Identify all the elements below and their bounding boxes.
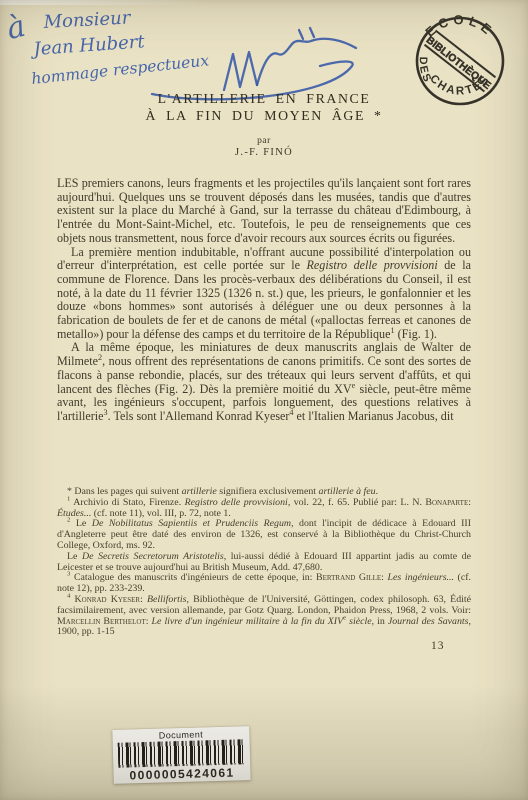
byline-par: par <box>0 136 528 146</box>
paragraph: 2 Le De Nobilitatus Sapientiis et Pruden… <box>57 519 471 551</box>
footnotes: * Dans les pages qui suivent artillerie … <box>57 487 471 638</box>
dedication-line-monsieur: Monsieur <box>42 7 132 33</box>
paragraph: A la même époque, les miniatures de deux… <box>57 341 471 423</box>
barcode-number: 0000005424061 <box>113 765 250 783</box>
paragraph: 3 Catalogue des manuscrits d'ingénieurs … <box>57 573 471 595</box>
dedication-word-a: à <box>3 9 29 47</box>
stamp-arc-top: ECOLE <box>422 12 497 40</box>
paragraph: LES premiers canons, leurs fragments et … <box>57 177 471 246</box>
article-title: L'ARTILLERIE EN FRANCE À LA FIN DU MOYEN… <box>0 90 528 124</box>
title-line-2: À LA FIN DU MOYEN ÂGE * <box>0 107 528 124</box>
barcode-bars-icon <box>118 739 246 768</box>
bottom-shading <box>0 685 528 800</box>
byline: par J.-F. FINÓ <box>0 136 528 158</box>
paragraph: La première mention indubitable, n'offra… <box>57 246 471 342</box>
scanned-document-page: à Monsieur Jean Hubert hommage respectue… <box>0 0 528 800</box>
dedication-line-name: Jean Hubert <box>29 31 146 60</box>
paragraph: 1 Archivio di Stato, Firenze. Registro d… <box>57 498 471 520</box>
barcode-sticker: Document 0000005424061 <box>112 726 250 784</box>
author-name: J.-F. FINÓ <box>0 147 528 158</box>
page-number: 13 <box>431 640 445 652</box>
paragraph: 4 Konrad Kyeser: Bellifortis, Bibliothèq… <box>57 595 471 638</box>
paragraph: Le De Secretis Secretorum Aristotelis, l… <box>57 552 471 574</box>
title-line-1: L'ARTILLERIE EN FRANCE <box>0 90 528 107</box>
body-text: LES premiers canons, leurs fragments et … <box>57 177 471 424</box>
